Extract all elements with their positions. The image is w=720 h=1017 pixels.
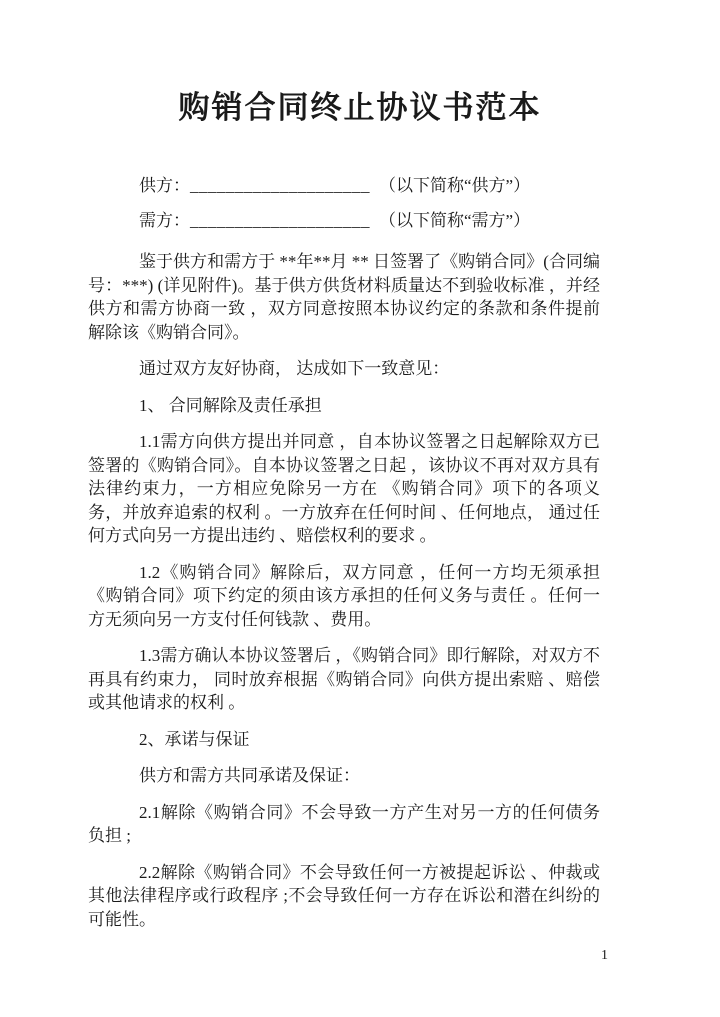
party-supplier-blank-field: ____________________ — [190, 176, 370, 195]
paragraph-preamble: 鉴于供方和需方于 **年**月 ** 日签署了《购销合同》(合同编号：***) … — [88, 250, 600, 344]
paragraph-clause-2-1: 2.1解除《购销合同》不会导致一方产生对另一方的任何债务负担 ; — [88, 801, 600, 848]
party-line-buyer: 需方：____________________（以下简称“需方”） — [88, 209, 600, 233]
document-title: 购销合同终止协议书范本 — [0, 88, 720, 128]
party-buyer-label: 需方： — [139, 211, 190, 230]
page-number: 1 — [88, 944, 608, 968]
section-heading-1: 1、 合同解除及责任承担 — [88, 394, 600, 418]
section-heading-2: 2、承诺与保证 — [88, 728, 600, 752]
paragraph-warranty-intro: 供方和需方共同承诺及保证： — [88, 764, 600, 788]
party-supplier-label: 供方： — [139, 176, 190, 195]
document-page: 购销合同终止协议书范本 供方：____________________（以下简称… — [0, 0, 720, 1017]
party-buyer-note: （以下简称“需方”） — [379, 211, 530, 230]
paragraph-clause-1-3: 1.3需方确认本协议签署后 ，《购销合同》即行解除，对双方不再具有约束力， 同时… — [88, 644, 600, 715]
party-line-supplier: 供方：____________________（以下简称“供方”） — [88, 174, 600, 198]
paragraph-clause-1-1: 1.1需方向供方提出并同意 ，自本协议签署之日起解除双方已签署的《购销合同》。自… — [88, 430, 600, 548]
paragraph-agreement-intro: 通过双方友好协商， 达成如下一致意见： — [88, 357, 600, 381]
paragraph-clause-2-2: 2.2解除《购销合同》不会导致任何一方被提起诉讼 、仲裁或其他法律程序或行政程序… — [88, 861, 600, 932]
paragraph-clause-1-2: 1.2《购销合同》解除后，双方同意 ，任何一方均无须承担《购销合同》项下约定的须… — [88, 561, 600, 632]
party-supplier-note: （以下简称“供方”） — [379, 176, 530, 195]
party-buyer-blank-field: ____________________ — [190, 211, 370, 230]
